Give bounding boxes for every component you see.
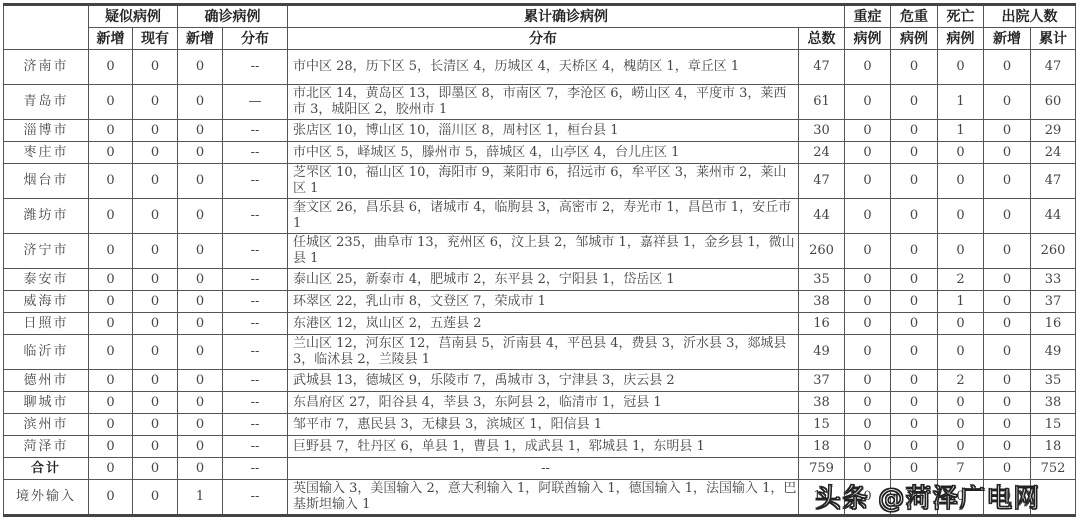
critical-count: 0 [891, 414, 938, 436]
severe-count: 0 [845, 234, 891, 269]
suspected-new: 0 [89, 480, 133, 516]
discharged-new: 0 [984, 313, 1031, 335]
critical-count: 0 [891, 199, 938, 234]
critical-count: 0 [891, 458, 938, 480]
suspected-current: 0 [133, 313, 178, 335]
severe-count: 0 [845, 269, 891, 291]
cumulative-distribution: 环翠区 22，乳山市 8，文登区 7，荣成市 1 [288, 291, 799, 313]
confirmed-new: 0 [178, 414, 223, 436]
severe-count: 0 [845, 370, 891, 392]
cumulative-distribution: 武城县 13，德城区 9，乐陵市 7，禹城市 3，宁津县 3，庆云县 2 [288, 370, 799, 392]
discharged-new: 0 [984, 120, 1031, 142]
confirmed-distribution: -- [223, 164, 288, 199]
cumulative-total: 38 [799, 392, 845, 414]
suspected-current: 0 [133, 291, 178, 313]
discharged-new: 0 [984, 335, 1031, 370]
confirmed-new: 0 [178, 50, 223, 85]
cumulative-total: 15 [799, 414, 845, 436]
cumulative-distribution: 东港区 12，岚山区 2，五莲县 2 [288, 313, 799, 335]
region-name: 聊城市 [4, 392, 89, 414]
discharged-new: 0 [984, 164, 1031, 199]
confirmed-distribution: — [223, 85, 288, 120]
cumulative-total: 260 [799, 234, 845, 269]
header-suspected: 疑似病例 [89, 5, 178, 28]
region-name: 境外输入 [4, 480, 89, 516]
region-name: 日照市 [4, 313, 89, 335]
confirmed-distribution: -- [223, 335, 288, 370]
discharged-cumulative: 35 [1031, 370, 1076, 392]
confirmed-distribution: -- [223, 234, 288, 269]
region-name: 菏泽市 [4, 436, 89, 458]
confirmed-new: 0 [178, 291, 223, 313]
confirmed-distribution: -- [223, 458, 288, 480]
confirmed-new: 0 [178, 199, 223, 234]
table-row: 德州市000--武城县 13，德城区 9，乐陵市 7，禹城市 3，宁津县 3，庆… [4, 370, 1076, 392]
discharged-cumulative: 15 [1031, 414, 1076, 436]
discharged-cumulative: 44 [1031, 199, 1076, 234]
total-row: 合计000----7590070752 [4, 458, 1076, 480]
death-count: 0 [938, 199, 984, 234]
discharged-cumulative: 33 [1031, 269, 1076, 291]
suspected-current: 0 [133, 370, 178, 392]
cumulative-total: 759 [799, 458, 845, 480]
table-row: 滨州市000--邹平市 7，惠民县 3，无棣县 3，滨城区 1，阳信县 1150… [4, 414, 1076, 436]
severe-count: 0 [845, 50, 891, 85]
suspected-current: 0 [133, 50, 178, 85]
table-row: 威海市000--环翠区 22，乳山市 8，文登区 7，荣成市 138001037 [4, 291, 1076, 313]
critical-count: 0 [891, 436, 938, 458]
region-name: 威海市 [4, 291, 89, 313]
cumulative-distribution: 市北区 14，黄岛区 13，即墨区 8，市南区 7，李沧区 6，崂山区 4，平度… [288, 85, 799, 120]
cumulative-total: 47 [799, 164, 845, 199]
severe-count: 0 [845, 199, 891, 234]
cumulative-total: 24 [799, 142, 845, 164]
region-name: 烟台市 [4, 164, 89, 199]
critical-count: 0 [891, 85, 938, 120]
suspected-new: 0 [89, 370, 133, 392]
suspected-current: 0 [133, 142, 178, 164]
critical-count: 0 [891, 269, 938, 291]
suspected-current: 0 [133, 85, 178, 120]
cumulative-distribution: 张店区 10，博山区 10，淄川区 8，周村区 1，桓台县 1 [288, 120, 799, 142]
severe-count: 0 [845, 313, 891, 335]
cumulative-distribution: 奎文区 26，昌乐县 6，诸城市 4，临朐县 3，高密市 2，寿光市 1，昌邑市… [288, 199, 799, 234]
discharged-cumulative: 38 [1031, 392, 1076, 414]
discharged-new: 0 [984, 50, 1031, 85]
confirmed-new: 0 [178, 164, 223, 199]
confirmed-new: 0 [178, 234, 223, 269]
critical-count: 0 [891, 392, 938, 414]
confirmed-distribution: -- [223, 142, 288, 164]
region-name: 泰安市 [4, 269, 89, 291]
suspected-current: 0 [133, 436, 178, 458]
table-row: 日照市000--东港区 12，岚山区 2，五莲县 216000016 [4, 313, 1076, 335]
discharged-cumulative: 752 [1031, 458, 1076, 480]
death-count: 1 [938, 120, 984, 142]
death-count: 0 [938, 392, 984, 414]
death-count: 7 [938, 458, 984, 480]
suspected-new: 0 [89, 291, 133, 313]
cumulative-total: 38 [799, 291, 845, 313]
header-critical-l2: 病例 [891, 28, 938, 50]
confirmed-new: 0 [178, 142, 223, 164]
table-row: 济宁市000--任城区 235，曲阜市 13，兖州区 6，汶上县 2，邹城市 1… [4, 234, 1076, 269]
covid-case-table: 疑似病例 确诊病例 累计确诊病例 重症 危重 死亡 出院人数 新增 现有 新增 … [3, 3, 1076, 517]
confirmed-distribution: -- [223, 313, 288, 335]
death-count: 0 [938, 436, 984, 458]
table-row: 泰安市000--泰山区 25，新泰市 4，肥城市 2，东平县 2，宁阳县 1，岱… [4, 269, 1076, 291]
suspected-new: 0 [89, 335, 133, 370]
confirmed-distribution: -- [223, 50, 288, 85]
severe-count: 0 [845, 458, 891, 480]
region-name: 济南市 [4, 50, 89, 85]
header-severe-l2: 病例 [845, 28, 891, 50]
death-count: 0 [938, 414, 984, 436]
suspected-new: 0 [89, 269, 133, 291]
suspected-new: 0 [89, 458, 133, 480]
confirmed-new: 0 [178, 313, 223, 335]
discharged-cumulative: 60 [1031, 85, 1076, 120]
suspected-current: 0 [133, 199, 178, 234]
critical-count: 0 [891, 50, 938, 85]
discharged-new: 0 [984, 269, 1031, 291]
confirmed-new: 0 [178, 392, 223, 414]
header-discharged: 出院人数 [984, 5, 1076, 28]
discharged-new: 0 [984, 291, 1031, 313]
cumulative-total: 49 [799, 335, 845, 370]
region-name: 德州市 [4, 370, 89, 392]
header-confirmed: 确诊病例 [178, 5, 288, 28]
severe-count: 0 [845, 291, 891, 313]
critical-count: 0 [891, 120, 938, 142]
suspected-current: 0 [133, 414, 178, 436]
confirmed-new: 0 [178, 458, 223, 480]
cumulative-total: 44 [799, 199, 845, 234]
region-name: 临沂市 [4, 335, 89, 370]
severe-count: 0 [845, 142, 891, 164]
confirmed-new: 0 [178, 370, 223, 392]
suspected-new: 0 [89, 313, 133, 335]
region-name: 潍坊市 [4, 199, 89, 234]
discharged-new: 0 [984, 85, 1031, 120]
death-count: 1 [938, 291, 984, 313]
cumulative-total: 18 [799, 436, 845, 458]
suspected-current: 0 [133, 269, 178, 291]
death-count: 1 [938, 85, 984, 120]
discharged-new: 0 [984, 199, 1031, 234]
confirmed-new: 0 [178, 120, 223, 142]
discharged-cumulative: 29 [1031, 120, 1076, 142]
discharged-cumulative: 37 [1031, 291, 1076, 313]
severe-count: 0 [845, 164, 891, 199]
confirmed-new: 1 [178, 480, 223, 516]
death-count: 0 [938, 313, 984, 335]
death-count: 0 [938, 164, 984, 199]
suspected-new: 0 [89, 234, 133, 269]
severe-count: 0 [845, 436, 891, 458]
critical-count: 0 [891, 335, 938, 370]
suspected-new: 0 [89, 199, 133, 234]
suspected-current: 0 [133, 234, 178, 269]
death-count: 2 [938, 370, 984, 392]
table-row: 菏泽市000--巨野县 7，牡丹区 6，单县 1，曹县 1，成武县 1，郓城县 … [4, 436, 1076, 458]
suspected-new: 0 [89, 392, 133, 414]
suspected-current: 0 [133, 164, 178, 199]
cumulative-distribution: 市中区 5，峄城区 5，滕州市 5，薛城区 4，山亭区 4，台儿庄区 1 [288, 142, 799, 164]
suspected-new: 0 [89, 142, 133, 164]
severe-count: 0 [845, 85, 891, 120]
suspected-current: 0 [133, 480, 178, 516]
cumulative-distribution: 泰山区 25，新泰市 4，肥城市 2，东平县 2，宁阳县 1，岱岳区 1 [288, 269, 799, 291]
discharged-new: 0 [984, 392, 1031, 414]
table-row: 聊城市000--东昌府区 27，阳谷县 4，莘县 3，东阿县 2，临清市 1，冠… [4, 392, 1076, 414]
confirmed-distribution: -- [223, 480, 288, 516]
header-severe-l1: 重症 [845, 5, 891, 28]
table-header: 疑似病例 确诊病例 累计确诊病例 重症 危重 死亡 出院人数 新增 现有 新增 … [4, 5, 1076, 50]
table-row: 济南市000--市中区 28，历下区 5，长清区 4，历城区 4，天桥区 4，槐… [4, 50, 1076, 85]
cumulative-distribution: 任城区 235，曲阜市 13，兖州区 6，汶上县 2，邹城市 1，嘉祥县 1，金… [288, 234, 799, 269]
critical-count: 0 [891, 234, 938, 269]
cumulative-total: 30 [799, 120, 845, 142]
table-row: 青岛市000—市北区 14，黄岛区 13，即墨区 8，市南区 7，李沧区 6，崂… [4, 85, 1076, 120]
table-row: 淄博市000--张店区 10，博山区 10，淄川区 8，周村区 1，桓台县 13… [4, 120, 1076, 142]
suspected-new: 0 [89, 50, 133, 85]
suspected-new: 0 [89, 414, 133, 436]
discharged-cumulative: 49 [1031, 335, 1076, 370]
cumulative-distribution: 芝罘区 10，福山区 10，海阳市 9，莱阳市 6，招远市 6，牟平区 3，莱州… [288, 164, 799, 199]
suspected-current: 0 [133, 392, 178, 414]
cumulative-distribution: 英国输入 3，美国输入 2，意大利输入 1，阿联酋输入 1，德国输入 1，法国输… [288, 480, 799, 516]
confirmed-new: 0 [178, 85, 223, 120]
header-conf-new: 新增 [178, 28, 223, 50]
confirmed-new: 0 [178, 436, 223, 458]
suspected-current: 0 [133, 458, 178, 480]
confirmed-new: 0 [178, 269, 223, 291]
table-row: 临沂市000--兰山区 12，河东区 12，莒南县 5，沂南县 4，平邑县 4，… [4, 335, 1076, 370]
critical-count: 0 [891, 291, 938, 313]
confirmed-distribution: -- [223, 291, 288, 313]
cumulative-total: 37 [799, 370, 845, 392]
suspected-current: 0 [133, 120, 178, 142]
suspected-new: 0 [89, 120, 133, 142]
discharged-new: 0 [984, 234, 1031, 269]
confirmed-distribution: -- [223, 269, 288, 291]
cumulative-total: 16 [799, 313, 845, 335]
death-count: 2 [938, 269, 984, 291]
discharged-new: 0 [984, 458, 1031, 480]
cumulative-distribution: -- [288, 458, 799, 480]
critical-count: 0 [891, 370, 938, 392]
discharged-cumulative: 260 [1031, 234, 1076, 269]
confirmed-distribution: -- [223, 199, 288, 234]
region-name: 青岛市 [4, 85, 89, 120]
discharged-new: 0 [984, 436, 1031, 458]
region-name: 滨州市 [4, 414, 89, 436]
region-name: 合计 [4, 458, 89, 480]
table-row: 枣庄市000--市中区 5，峄城区 5，滕州市 5，薛城区 4，山亭区 4，台儿… [4, 142, 1076, 164]
cumulative-distribution: 市中区 28，历下区 5，长清区 4，历城区 4，天桥区 4，槐荫区 1，章丘区… [288, 50, 799, 85]
confirmed-distribution: -- [223, 120, 288, 142]
confirmed-distribution: -- [223, 414, 288, 436]
critical-count: 0 [891, 313, 938, 335]
cumulative-distribution: 巨野县 7，牡丹区 6，单县 1，曹县 1，成武县 1，郓城县 1，东明县 1 [288, 436, 799, 458]
header-sus-current: 现有 [133, 28, 178, 50]
discharged-new: 0 [984, 414, 1031, 436]
severe-count: 0 [845, 335, 891, 370]
death-count: 0 [938, 335, 984, 370]
cumulative-distribution: 东昌府区 27，阳谷县 4，莘县 3，东阿县 2，临清市 1，冠县 1 [288, 392, 799, 414]
discharged-cumulative: 47 [1031, 164, 1076, 199]
header-death-l1: 死亡 [938, 5, 984, 28]
confirmed-distribution: -- [223, 370, 288, 392]
discharged-new: 0 [984, 370, 1031, 392]
severe-count: 0 [845, 120, 891, 142]
region-name: 济宁市 [4, 234, 89, 269]
suspected-new: 0 [89, 85, 133, 120]
suspected-new: 0 [89, 436, 133, 458]
death-count: 0 [938, 50, 984, 85]
discharged-cumulative: 16 [1031, 313, 1076, 335]
death-count: 0 [938, 142, 984, 164]
header-conf-dist: 分布 [223, 28, 288, 50]
region-name: 淄博市 [4, 120, 89, 142]
cumulative-total: 35 [799, 269, 845, 291]
region-name: 枣庄市 [4, 142, 89, 164]
severe-count: 0 [845, 392, 891, 414]
discharged-cumulative: 47 [1031, 50, 1076, 85]
discharged-new: 0 [984, 142, 1031, 164]
cumulative-total: 61 [799, 85, 845, 120]
header-cum-dist: 分布 [288, 28, 799, 50]
table-body: 济南市000--市中区 28，历下区 5，长清区 4，历城区 4，天桥区 4，槐… [4, 50, 1076, 516]
header-death-l2: 病例 [938, 28, 984, 50]
suspected-current: 0 [133, 335, 178, 370]
cumulative-distribution: 兰山区 12，河东区 12，莒南县 5，沂南县 4，平邑县 4，费县 3，沂水县… [288, 335, 799, 370]
header-region [4, 5, 89, 50]
header-dis-new: 新增 [984, 28, 1031, 50]
cumulative-distribution: 邹平市 7，惠民县 3，无棣县 3，滨城区 1，阳信县 1 [288, 414, 799, 436]
header-total: 总数 [799, 28, 845, 50]
table-row: 烟台市000--芝罘区 10，福山区 10，海阳市 9，莱阳市 6，招远市 6，… [4, 164, 1076, 199]
table-row: 潍坊市000--奎文区 26，昌乐县 6，诸城市 4，临朐县 3，高密市 2，寿… [4, 199, 1076, 234]
discharged-cumulative: 24 [1031, 142, 1076, 164]
death-count: 0 [938, 234, 984, 269]
critical-count: 0 [891, 164, 938, 199]
header-dis-cum: 累计 [1031, 28, 1076, 50]
severe-count: 0 [845, 414, 891, 436]
header-cumulative: 累计确诊病例 [288, 5, 845, 28]
suspected-new: 0 [89, 164, 133, 199]
critical-count: 0 [891, 142, 938, 164]
header-critical-l1: 危重 [891, 5, 938, 28]
watermark: 头条 @菏泽广电网 [815, 478, 1040, 515]
cumulative-total: 47 [799, 50, 845, 85]
header-sus-new: 新增 [89, 28, 133, 50]
confirmed-distribution: -- [223, 436, 288, 458]
confirmed-new: 0 [178, 335, 223, 370]
discharged-cumulative: 18 [1031, 436, 1076, 458]
confirmed-distribution: -- [223, 392, 288, 414]
